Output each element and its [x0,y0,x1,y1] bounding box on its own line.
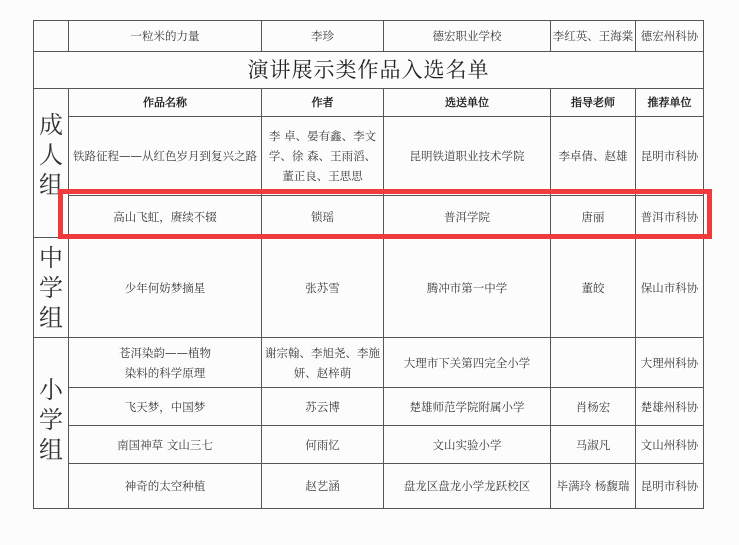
table-row-school: 楚雄师范学院附属小学 [384,388,550,425]
table-row-author: 李 卓、晏有鑫、李文 学、徐 森、王雨滔、 董正良、王思思 [262,117,383,195]
prev-row-author: 李珍 [262,21,383,51]
table-row-school: 昆明铁道职业技术学院 [384,117,550,195]
table-row-recommender: 楚雄州科协 [636,388,703,425]
document-page: 一粒米的力量 李珍 德宏职业学校 李红英、王海棠 德宏州科协 演讲展示类作品入选… [0,0,739,545]
table-row-recommender: 昆明市科协 [636,117,703,195]
table-row-teacher: 毕满玲 杨馥瑞 [551,464,635,508]
group-middle-label: 中 学 组 [34,238,68,337]
table-row-teacher [551,338,635,387]
header-recommender: 推荐单位 [636,89,703,116]
prev-row-school: 德宏职业学校 [384,21,550,51]
header-author: 作者 [262,89,383,116]
highlight-box [58,189,712,239]
table-row-school: 盘龙区盘龙小学龙跃校区 [384,464,550,508]
header-school: 选送单位 [384,89,550,116]
table-row-author: 赵艺涵 [262,464,383,508]
group-adult-label: 成 人 组 [34,110,68,200]
divider [703,20,704,509]
table-row-school: 大理市下关第四完全小学 [384,338,550,387]
table-row-teacher: 李卓倩、赵雄 [551,117,635,195]
table-row-recommender: 保山市科协 [636,238,703,337]
table-row-title: 飞天梦，中国梦 [69,388,261,425]
table-row-author: 苏云博 [262,388,383,425]
table-row-recommender: 昆明市科协 [636,464,703,508]
section-title: 演讲展示类作品入选名单 [34,52,703,88]
selection-table: 一粒米的力量 李珍 德宏职业学校 李红英、王海棠 德宏州科协 演讲展示类作品入选… [33,20,704,508]
table-row-author: 何雨忆 [262,426,383,463]
table-row-author: 张苏雪 [262,238,383,337]
table-row-recommender: 大理州科协 [636,338,703,387]
prev-row-title: 一粒米的力量 [69,21,261,51]
prev-row-recommender: 德宏州科协 [636,21,703,51]
table-row-teacher: 马淑凡 [551,426,635,463]
table-row-title: 神奇的太空种植 [69,464,261,508]
table-row-school: 腾冲市第一中学 [384,238,550,337]
table-row-title: 苍洱染韵——植物 染料的科学原理 [69,338,261,387]
group-primary-label: 小 学 组 [34,370,68,470]
table-row-school: 文山实验小学 [384,426,550,463]
table-row-title: 少年何妨梦摘星 [69,238,261,337]
table-row-author: 谢宗翰、李旭尧、李施 妍、赵梓萌 [262,338,383,387]
header-title: 作品名称 [69,89,261,116]
prev-row-teacher: 李红英、王海棠 [551,21,635,51]
table-row-teacher: 肖杨宏 [551,388,635,425]
table-row-title: 南国神草 文山三七 [69,426,261,463]
table-row-teacher: 董皎 [551,238,635,337]
header-teacher: 指导老师 [551,89,635,116]
table-row-recommender: 文山州科协 [636,426,703,463]
table-row-title: 铁路征程——从红色岁月到复兴之路 [69,117,261,195]
divider [33,508,704,509]
